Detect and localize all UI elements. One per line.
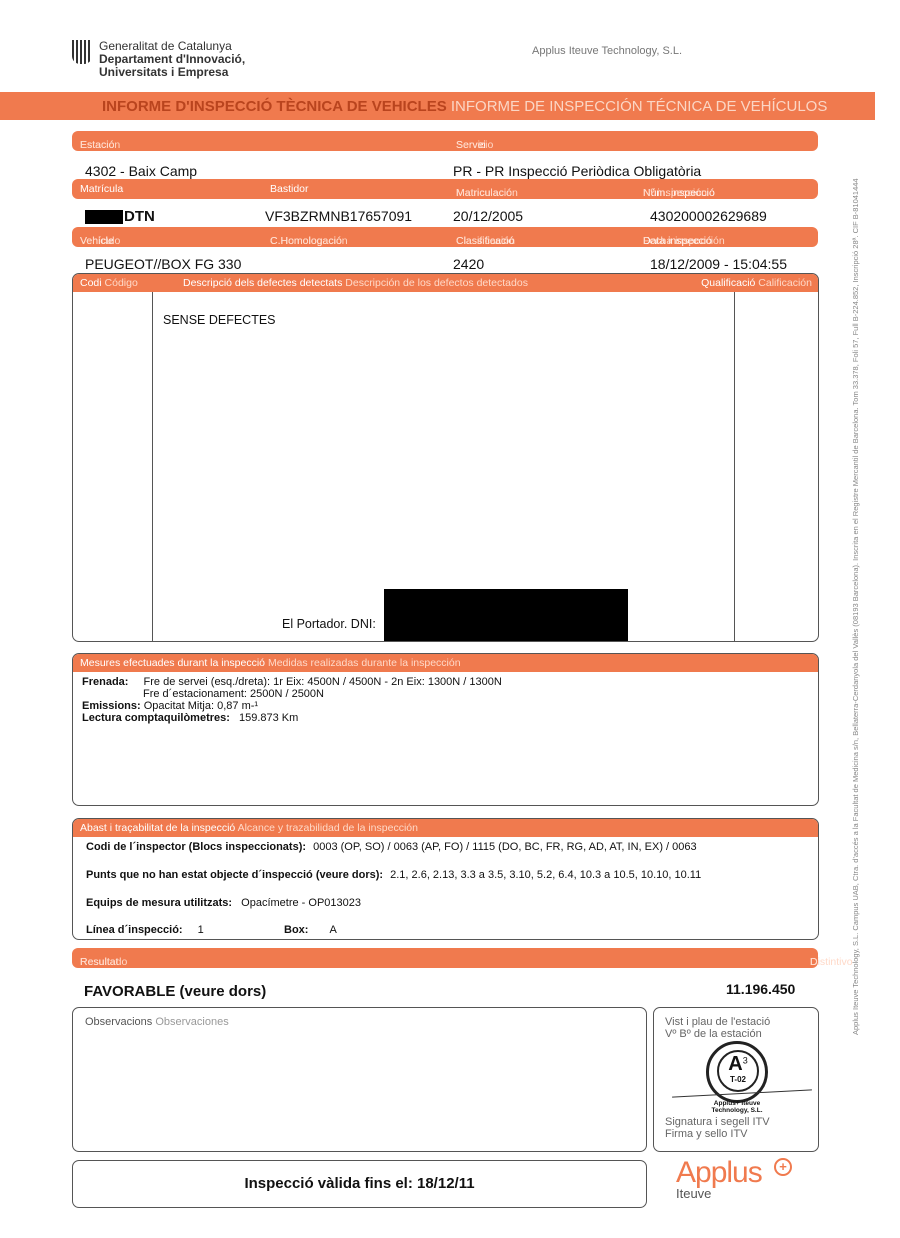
generalitat-logo-icon (72, 40, 92, 64)
redacted-dni (384, 589, 628, 641)
validity-box: Inspecció vàlida fins el: 18/12/11 (72, 1160, 647, 1208)
portador-label: El Portador. DNI: (282, 617, 376, 631)
validity-text: Inspecció vàlida fins el: 18/12/11 (73, 1175, 646, 1192)
applus-logo: Applus + Iteuve (676, 1156, 762, 1201)
bar-estacio: Estació Estación Servei Servicio (72, 131, 818, 151)
servei-value: PR - PR Inspecció Periòdica Obligatòria (453, 163, 701, 179)
stamp-box: Vist i plau de l'estació Vº Bº de la est… (653, 1007, 819, 1152)
title-band: INFORME D'INSPECCIÓ TÈCNICA DE VEHICLES … (0, 92, 875, 120)
defects-header: Codi Código Descripció dels defectes det… (73, 274, 818, 292)
mesures-box: Mesures efectuades durant la inspecció M… (72, 653, 819, 806)
seal-company: Applus+ Iteuve Technology, S.L. (702, 1100, 772, 1114)
bar-matricula: Matrícula Bastidor Matriculació Matricul… (72, 179, 818, 199)
bar-vehicle: Vehicle Vehículo C.Homologació C.Homolog… (72, 227, 818, 247)
bar-resultat: Resultat Resultado Distintiu Distintivo (72, 948, 818, 968)
side-legal-text: Applus Iteuve Technology, S.L. Campus UA… (851, 135, 860, 1035)
redacted-plate (85, 210, 123, 224)
gov-line3: Universitats i Empresa (99, 66, 245, 79)
bastidor-value: VF3BZRMNB17657091 (265, 208, 412, 224)
estacio-value: 4302 - Baix Camp (85, 163, 197, 179)
plus-icon: + (774, 1158, 792, 1176)
title-es: INFORME DE INSPECCIÓN TÉCNICA DE VEHÍCUL… (451, 98, 827, 115)
defects-text: SENSE DEFECTES (163, 313, 276, 327)
abast-box: Abast i traçabilitat de la inspecció Alc… (72, 818, 819, 940)
vehicle-value: PEUGEOT//BOX FG 330 (85, 256, 241, 272)
company-name: Applus Iteuve Technology, S.L. (532, 45, 682, 57)
matriculacio-value: 20/12/2005 (453, 208, 523, 224)
resultat-value: FAVORABLE (veure dors) (84, 983, 266, 1000)
title-ca: INFORME D'INSPECCIÓ TÈCNICA DE VEHICLES (102, 98, 447, 115)
data-inspeccio-value: 18/12/2009 - 15:04:55 (650, 256, 787, 272)
observacions-box: Observacions Observaciones (72, 1007, 647, 1152)
num-inspeccio-value: 430200002629689 (650, 208, 767, 224)
matricula-value: DTN (124, 208, 155, 225)
defects-box: Codi Código Descripció dels defectes det… (72, 273, 819, 642)
distintiu-value: 11.196.450 (726, 981, 795, 997)
classificacio-value: 2420 (453, 256, 484, 272)
